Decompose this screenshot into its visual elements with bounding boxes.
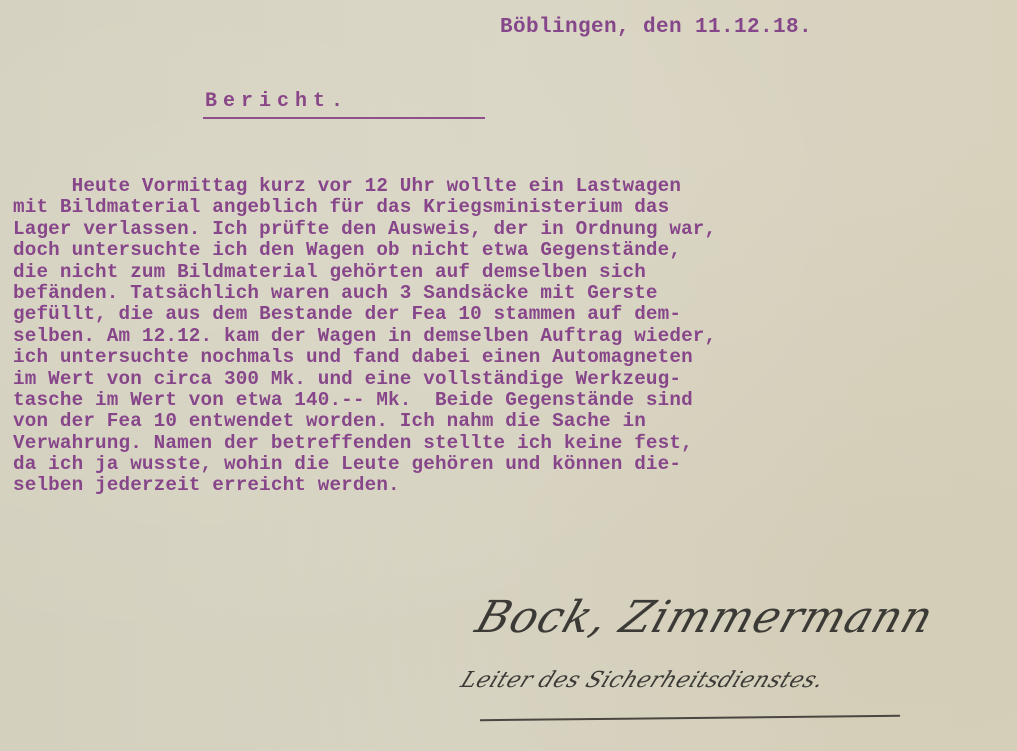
body-line: da ich ja wusste, wohin die Leute gehöre… — [13, 454, 1003, 475]
document-title: Bericht. — [205, 90, 349, 113]
body-line: mit Bildmaterial angeblich für das Krieg… — [13, 197, 1003, 218]
body-line: selben. Am 12.12. kam der Wagen in demse… — [13, 326, 1003, 347]
report-body: Heute Vormittag kurz vor 12 Uhr wollte e… — [13, 176, 1003, 497]
body-line: Verwahrung. Namen der betreffenden stell… — [13, 433, 1003, 454]
body-line: selben jederzeit erreicht werden. — [13, 475, 1003, 496]
body-line: die nicht zum Bildmaterial gehörten auf … — [13, 262, 1003, 283]
body-line: ich untersuchte nochmals und fand dabei … — [13, 347, 1003, 368]
body-line: von der Fea 10 entwendet worden. Ich nah… — [13, 411, 1003, 432]
body-line: doch untersuchte ich den Wagen ob nicht … — [13, 240, 1003, 261]
handwritten-signature: Bock, Zimmermann — [470, 592, 940, 643]
body-line: Lager verlassen. Ich prüfte den Ausweis,… — [13, 219, 1003, 240]
place-date: Böblingen, den 11.12.18. — [500, 16, 812, 39]
handwritten-signature-title: Leiter des Sicherheitsdienstes. — [457, 668, 828, 693]
body-line: gefüllt, die aus dem Bestande der Fea 10… — [13, 304, 1003, 325]
title-underline — [203, 117, 485, 119]
body-line: im Wert von circa 300 Mk. und eine volls… — [13, 369, 1003, 390]
body-line: tasche im Wert von etwa 140.-- Mk. Beide… — [13, 390, 1003, 411]
body-line: befänden. Tatsächlich waren auch 3 Sands… — [13, 283, 1003, 304]
body-line: Heute Vormittag kurz vor 12 Uhr wollte e… — [13, 176, 1003, 197]
